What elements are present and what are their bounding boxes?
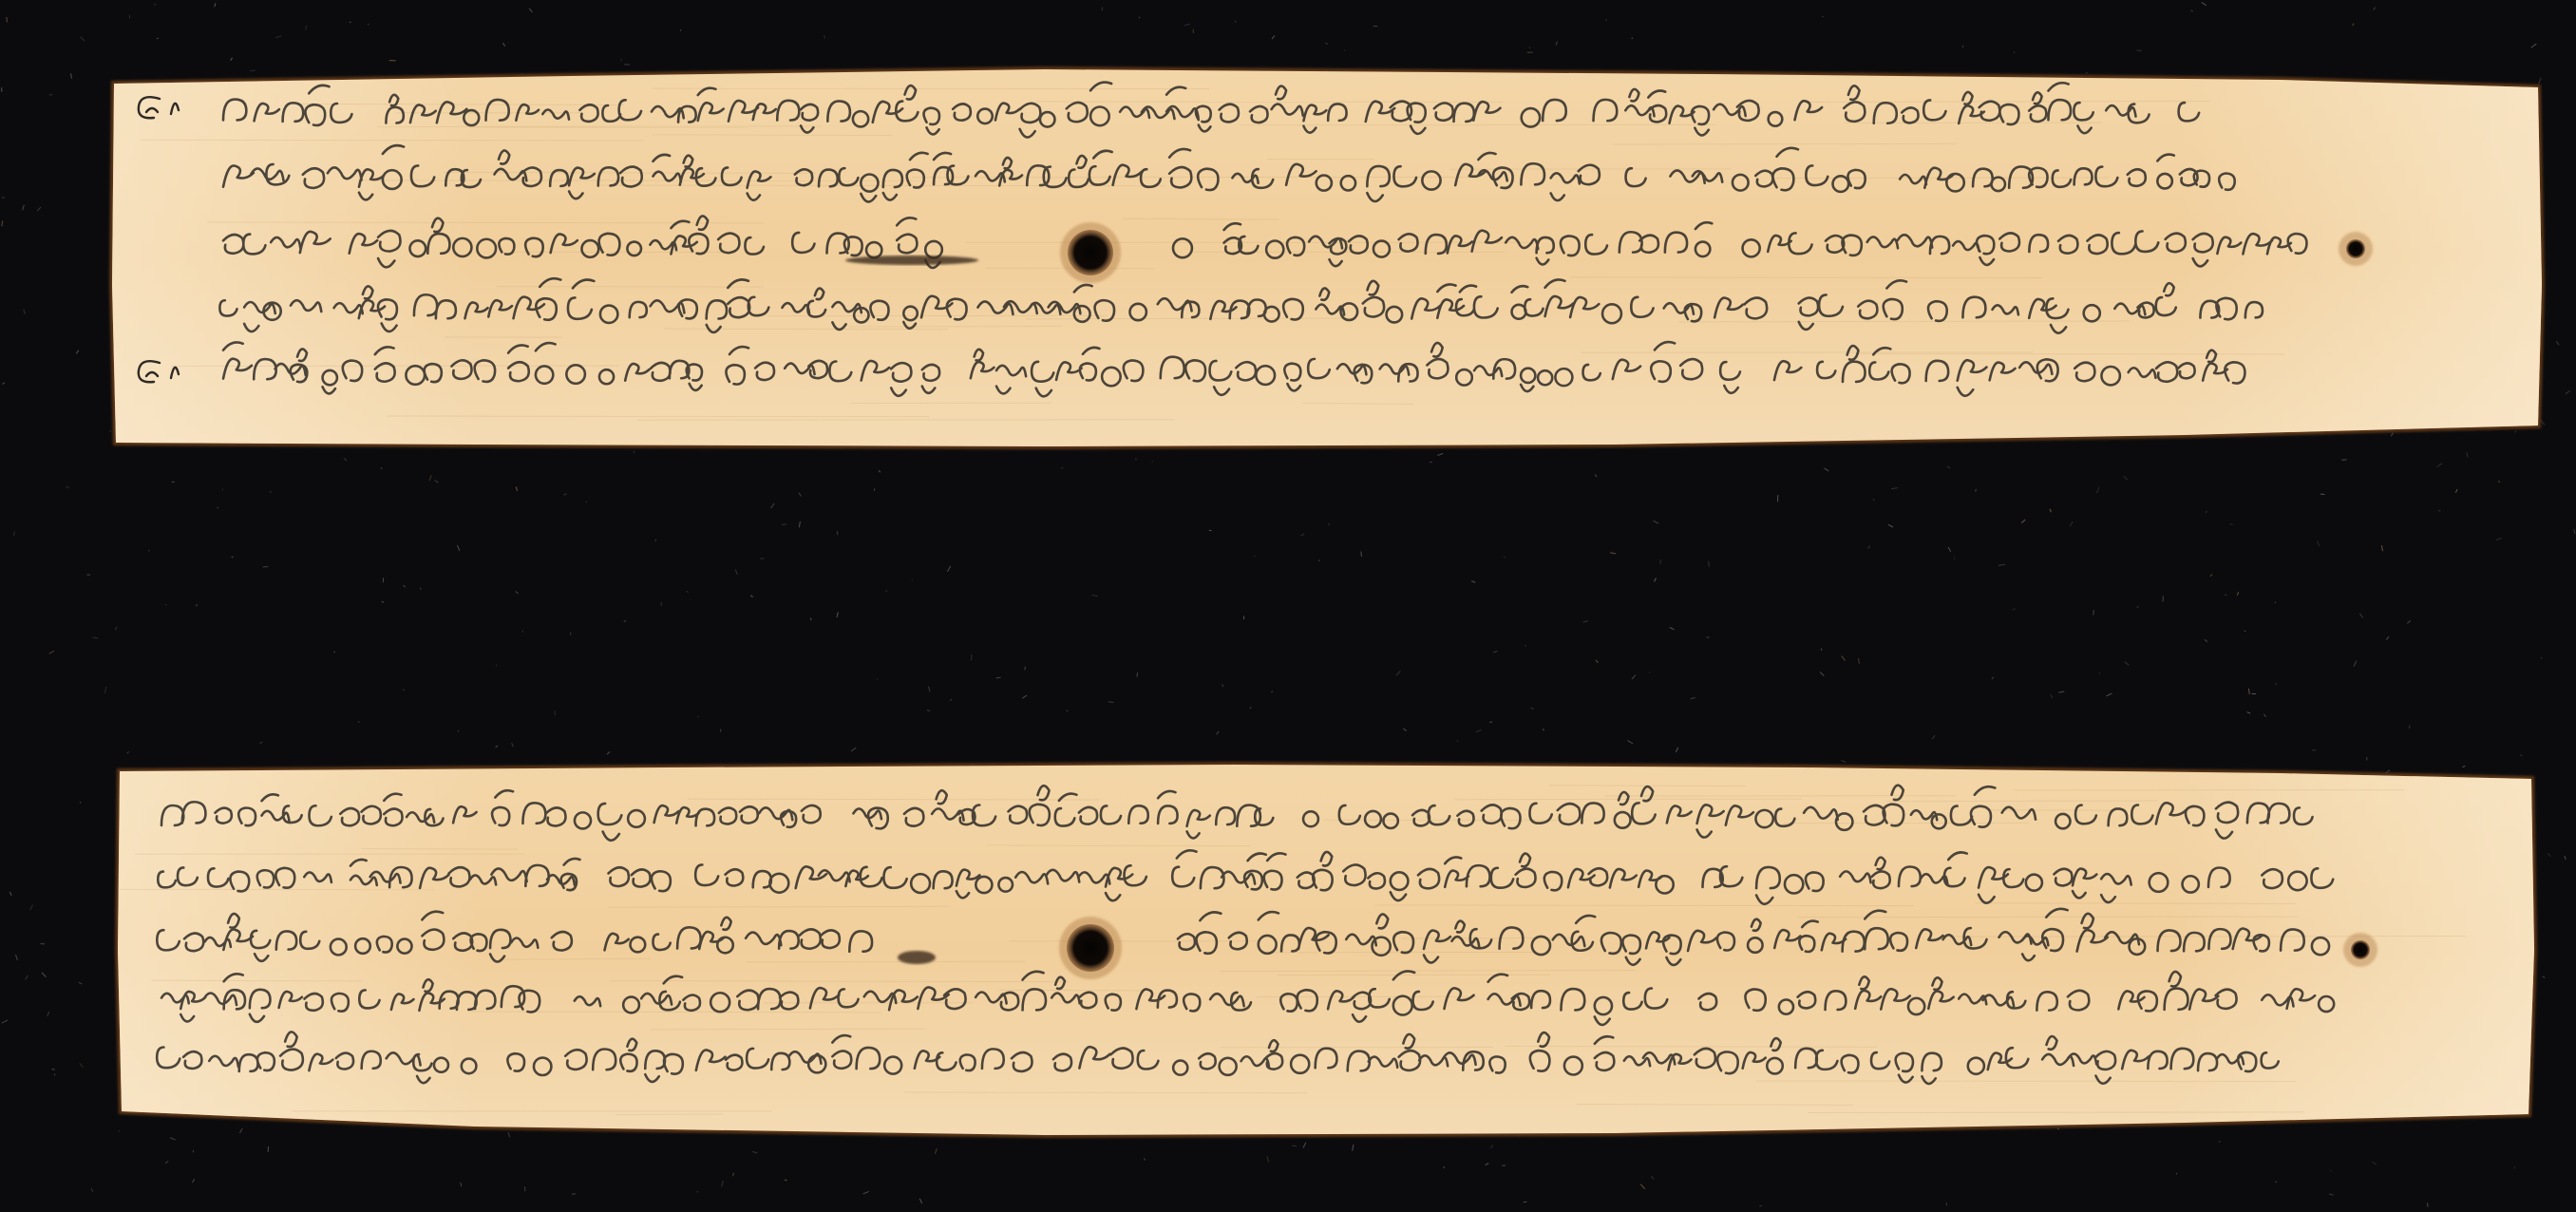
string-hole bbox=[1068, 230, 1113, 275]
string-hole bbox=[2351, 940, 2370, 959]
string-hole bbox=[2346, 239, 2365, 258]
string-hole bbox=[1067, 924, 1114, 972]
bottom-leaf bbox=[118, 765, 2534, 1135]
manuscript-photo: Two palm-leaf manuscript folios with han… bbox=[0, 0, 2576, 1212]
top-leaf bbox=[112, 69, 2542, 446]
smudge bbox=[845, 256, 978, 265]
manuscript-canvas bbox=[0, 0, 2576, 1212]
smudge bbox=[898, 951, 936, 964]
